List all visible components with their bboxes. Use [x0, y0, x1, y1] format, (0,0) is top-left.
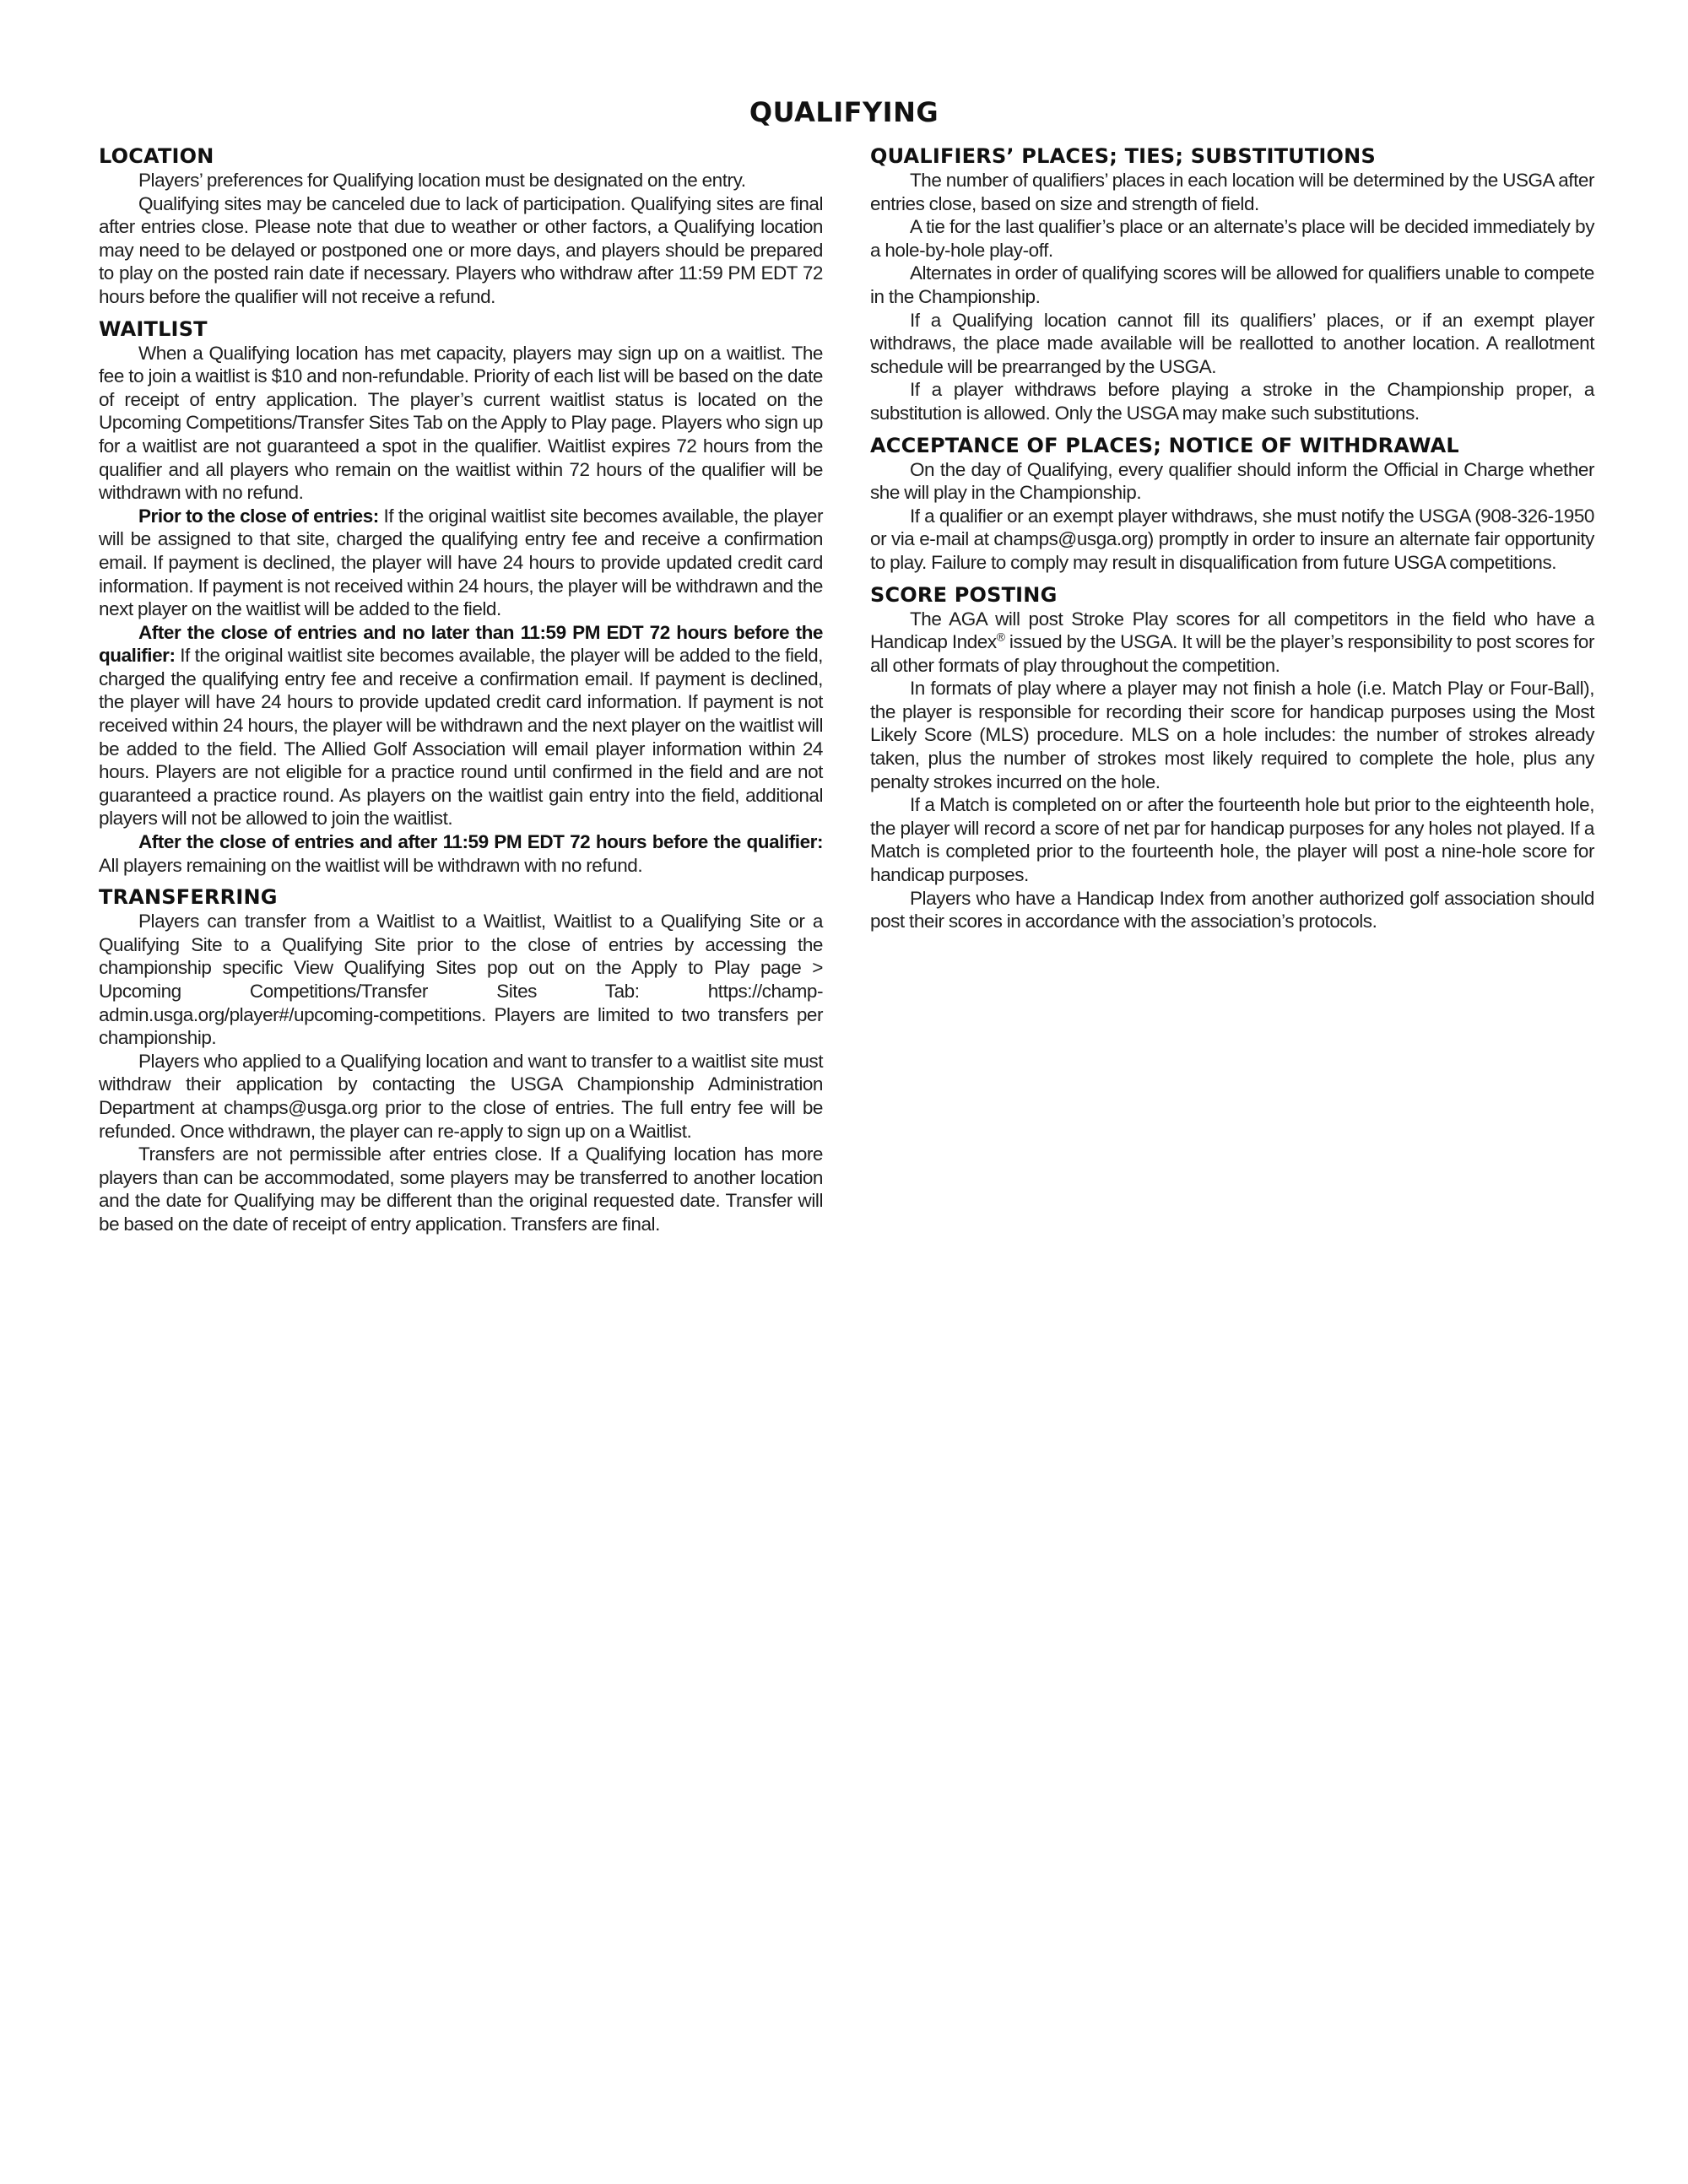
section-location: LOCATION Players’ preferences for Qualif…: [99, 143, 823, 309]
section-score-posting: SCORE POSTING The AGA will post Stroke P…: [870, 582, 1594, 933]
paragraph-lead: Prior to the close of entries:: [138, 505, 379, 527]
paragraph: If a Match is completed on or after the …: [870, 793, 1594, 886]
section-heading: WAITLIST: [99, 316, 823, 342]
paragraph: The AGA will post Stroke Play scores for…: [870, 608, 1594, 678]
paragraph: Players can transfer from a Waitlist to …: [99, 910, 823, 1050]
paragraph: If a player withdraws before playing a s…: [870, 378, 1594, 424]
section-heading: ACCEPTANCE OF PLACES; NOTICE OF WITHDRAW…: [870, 433, 1594, 458]
section-heading: SCORE POSTING: [870, 582, 1594, 608]
paragraph: Transfers are not permissible after entr…: [99, 1143, 823, 1235]
paragraph: After the close of entries and after 11:…: [99, 830, 823, 877]
paragraph: Players who have a Handicap Index from a…: [870, 887, 1594, 933]
section-waitlist: WAITLIST When a Qualifying location has …: [99, 316, 823, 878]
paragraph: If a qualifier or an exempt player withd…: [870, 505, 1594, 575]
section-heading: QUALIFIERS’ PLACES; TIES; SUBSTITUTIONS: [870, 143, 1594, 169]
paragraph: Players who applied to a Qualifying loca…: [99, 1050, 823, 1143]
section-qualifiers-places: QUALIFIERS’ PLACES; TIES; SUBSTITUTIONS …: [870, 143, 1594, 425]
paragraph: Qualifying sites may be canceled due to …: [99, 192, 823, 309]
paragraph: Alternates in order of qualifying scores…: [870, 262, 1594, 308]
paragraph: In formats of play where a player may no…: [870, 677, 1594, 793]
paragraph: A tie for the last qualifier’s place or …: [870, 215, 1594, 262]
paragraph: When a Qualifying location has met capac…: [99, 342, 823, 505]
right-column: QUALIFIERS’ PLACES; TIES; SUBSTITUTIONS …: [870, 143, 1594, 941]
section-acceptance-of-places: ACCEPTANCE OF PLACES; NOTICE OF WITHDRAW…: [870, 433, 1594, 575]
registered-trademark-symbol: ®: [997, 630, 1005, 644]
paragraph: The number of qualifiers’ places in each…: [870, 169, 1594, 215]
paragraph: If a Qualifying location cannot fill its…: [870, 309, 1594, 379]
paragraph: Prior to the close of entries: If the or…: [99, 505, 823, 621]
paragraph-lead: After the close of entries and after 11:…: [138, 831, 823, 852]
left-column: LOCATION Players’ preferences for Qualif…: [99, 143, 823, 1244]
section-heading: TRANSFERRING: [99, 884, 823, 910]
paragraph: On the day of Qualifying, every qualifie…: [870, 458, 1594, 505]
paragraph: After the close of entries and no later …: [99, 621, 823, 830]
page-title: QUALIFYING: [0, 96, 1688, 128]
paragraph: Players’ preferences for Qualifying loca…: [99, 169, 823, 192]
section-transferring: TRANSFERRING Players can transfer from a…: [99, 884, 823, 1235]
section-heading: LOCATION: [99, 143, 823, 169]
